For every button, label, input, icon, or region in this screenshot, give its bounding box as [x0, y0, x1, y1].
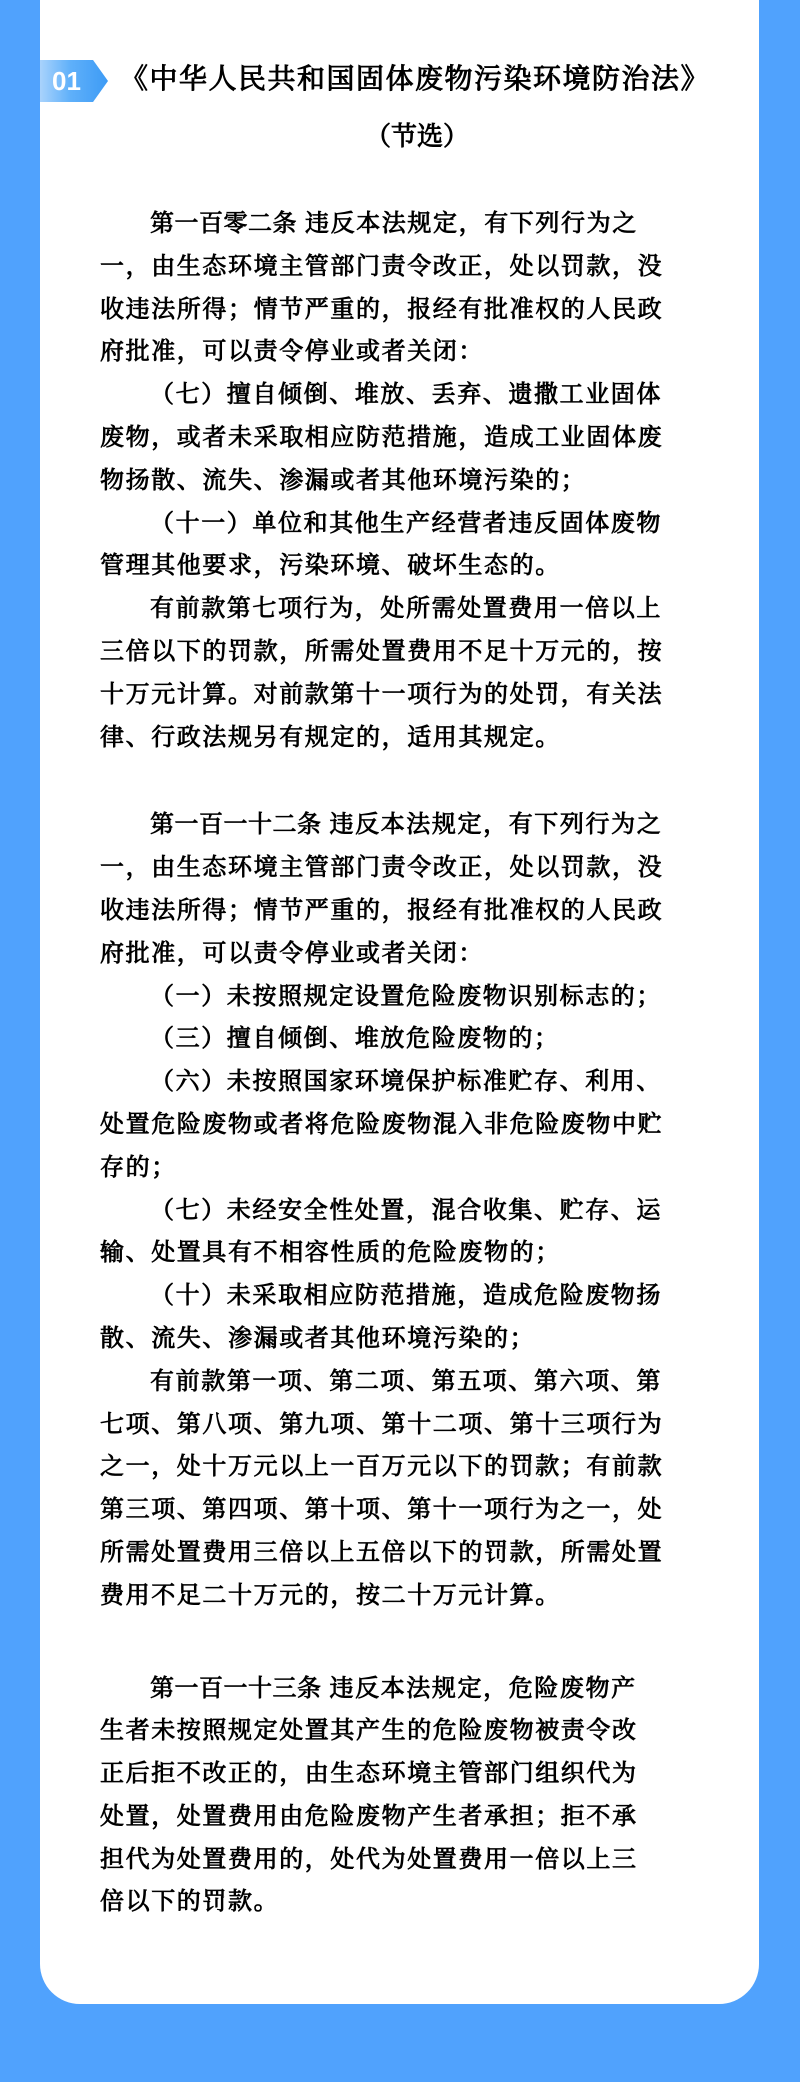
text-line: 管理其他要求，污染环境、破坏生态的。 — [100, 544, 710, 587]
document-subtitle: （节选） — [120, 119, 714, 155]
article-102: 第一百零二条违反本法规定，有下列行为之 一，由生态环境主管部门责令改正，处以罚款… — [100, 202, 710, 758]
article-heading: 第一百零二条 — [150, 209, 297, 237]
article-113: 第一百一十三条违反本法规定，危险废物产 生者未按照规定处置其产生的危险废物被责令… — [100, 1667, 710, 1924]
article-heading: 第一百一十二条 — [150, 810, 322, 838]
item-7: （七）擅自倾倒、堆放、丢弃、遗撒工业固体 — [100, 373, 710, 416]
penalty-paragraph: 有前款第七项行为，处所需处置费用一倍以上 — [100, 587, 710, 630]
item-6: （六）未按照国家环境保护标准贮存、利用、 — [100, 1060, 710, 1103]
penalty-paragraph: 有前款第一项、第二项、第五项、第六项、第 — [100, 1360, 710, 1403]
text-line: 处置危险废物或者将危险废物混入非危险废物中贮 — [100, 1103, 710, 1146]
item-11: （十一）单位和其他生产经营者违反固体废物 — [100, 502, 710, 545]
article-112: 第一百一十二条违反本法规定，有下列行为之 一，由生态环境主管部门责令改正，处以罚… — [100, 803, 710, 1616]
text-line: 物扬散、流失、渗漏或者其他环境污染的； — [100, 459, 710, 502]
text-line: 收违法所得；情节严重的，报经有批准权的人民政 — [100, 889, 710, 932]
text-line: 十万元计算。对前款第十一项行为的处罚，有关法 — [100, 673, 710, 716]
text-line: 七项、第八项、第九项、第十二项、第十三项行为 — [100, 1403, 710, 1446]
article-first-line: 第一百一十三条违反本法规定，危险废物产 — [100, 1667, 710, 1710]
item-7: （七）未经安全性处置，混合收集、贮存、运 — [100, 1189, 710, 1232]
law-text: 第一百零二条违反本法规定，有下列行为之 一，由生态环境主管部门责令改正，处以罚款… — [100, 202, 710, 1923]
text-line: 一，由生态环境主管部门责令改正，处以罚款，没 — [100, 245, 710, 288]
paragraph-spacer — [100, 1617, 710, 1667]
text-line: 第三项、第四项、第十项、第十一项行为之一，处 — [100, 1488, 710, 1531]
text-line: 三倍以下的罚款，所需处置费用不足十万元的，按 — [100, 630, 710, 673]
item-3: （三）擅自倾倒、堆放危险废物的； — [100, 1017, 710, 1060]
text-line: 所需处置费用三倍以上五倍以下的罚款，所需处置 — [100, 1531, 710, 1574]
text-line: 存的； — [100, 1146, 710, 1189]
text-line: 散、流失、渗漏或者其他环境污染的； — [100, 1317, 710, 1360]
text-line: 正后拒不改正的，由生态环境主管部门组织代为 — [100, 1752, 710, 1795]
item-10: （十）未采取相应防范措施，造成危险废物扬 — [100, 1274, 710, 1317]
text-line: 一，由生态环境主管部门责令改正，处以罚款，没 — [100, 846, 710, 889]
text-line: 律、行政法规另有规定的，适用其规定。 — [100, 716, 710, 759]
text-line: 倍以下的罚款。 — [100, 1880, 710, 1923]
section-number: 01 — [52, 60, 81, 102]
text-line: 担代为处置费用的，处代为处置费用一倍以上三 — [100, 1838, 710, 1881]
text-line: 生者未按照规定处置其产生的危险废物被责令改 — [100, 1709, 710, 1752]
article-heading: 第一百一十三条 — [150, 1674, 322, 1702]
text-line: 收违法所得；情节严重的，报经有批准权的人民政 — [100, 288, 710, 331]
article-first-line: 第一百零二条违反本法规定，有下列行为之 — [100, 202, 710, 245]
text-line: 输、处置具有不相容性质的危险废物的； — [100, 1231, 710, 1274]
text-line: 费用不足二十万元的，按二十万元计算。 — [100, 1574, 710, 1617]
item-1: （一）未按照规定设置危险废物识别标志的； — [100, 975, 710, 1018]
paragraph-spacer — [100, 758, 710, 803]
text-line: 废物，或者未采取相应防范措施，造成工业固体废 — [100, 416, 710, 459]
text-line: 之一，处十万元以上一百万元以下的罚款；有前款 — [100, 1445, 710, 1488]
text-line: 处置，处置费用由危险废物产生者承担；拒不承 — [100, 1795, 710, 1838]
article-first-line: 第一百一十二条违反本法规定，有下列行为之 — [100, 803, 710, 846]
text-line: 府批准，可以责令停业或者关闭： — [100, 330, 710, 373]
text-line: 府批准，可以责令停业或者关闭： — [100, 932, 710, 975]
document-title: 《中华人民共和国固体废物污染环境防治法》 — [120, 60, 700, 98]
